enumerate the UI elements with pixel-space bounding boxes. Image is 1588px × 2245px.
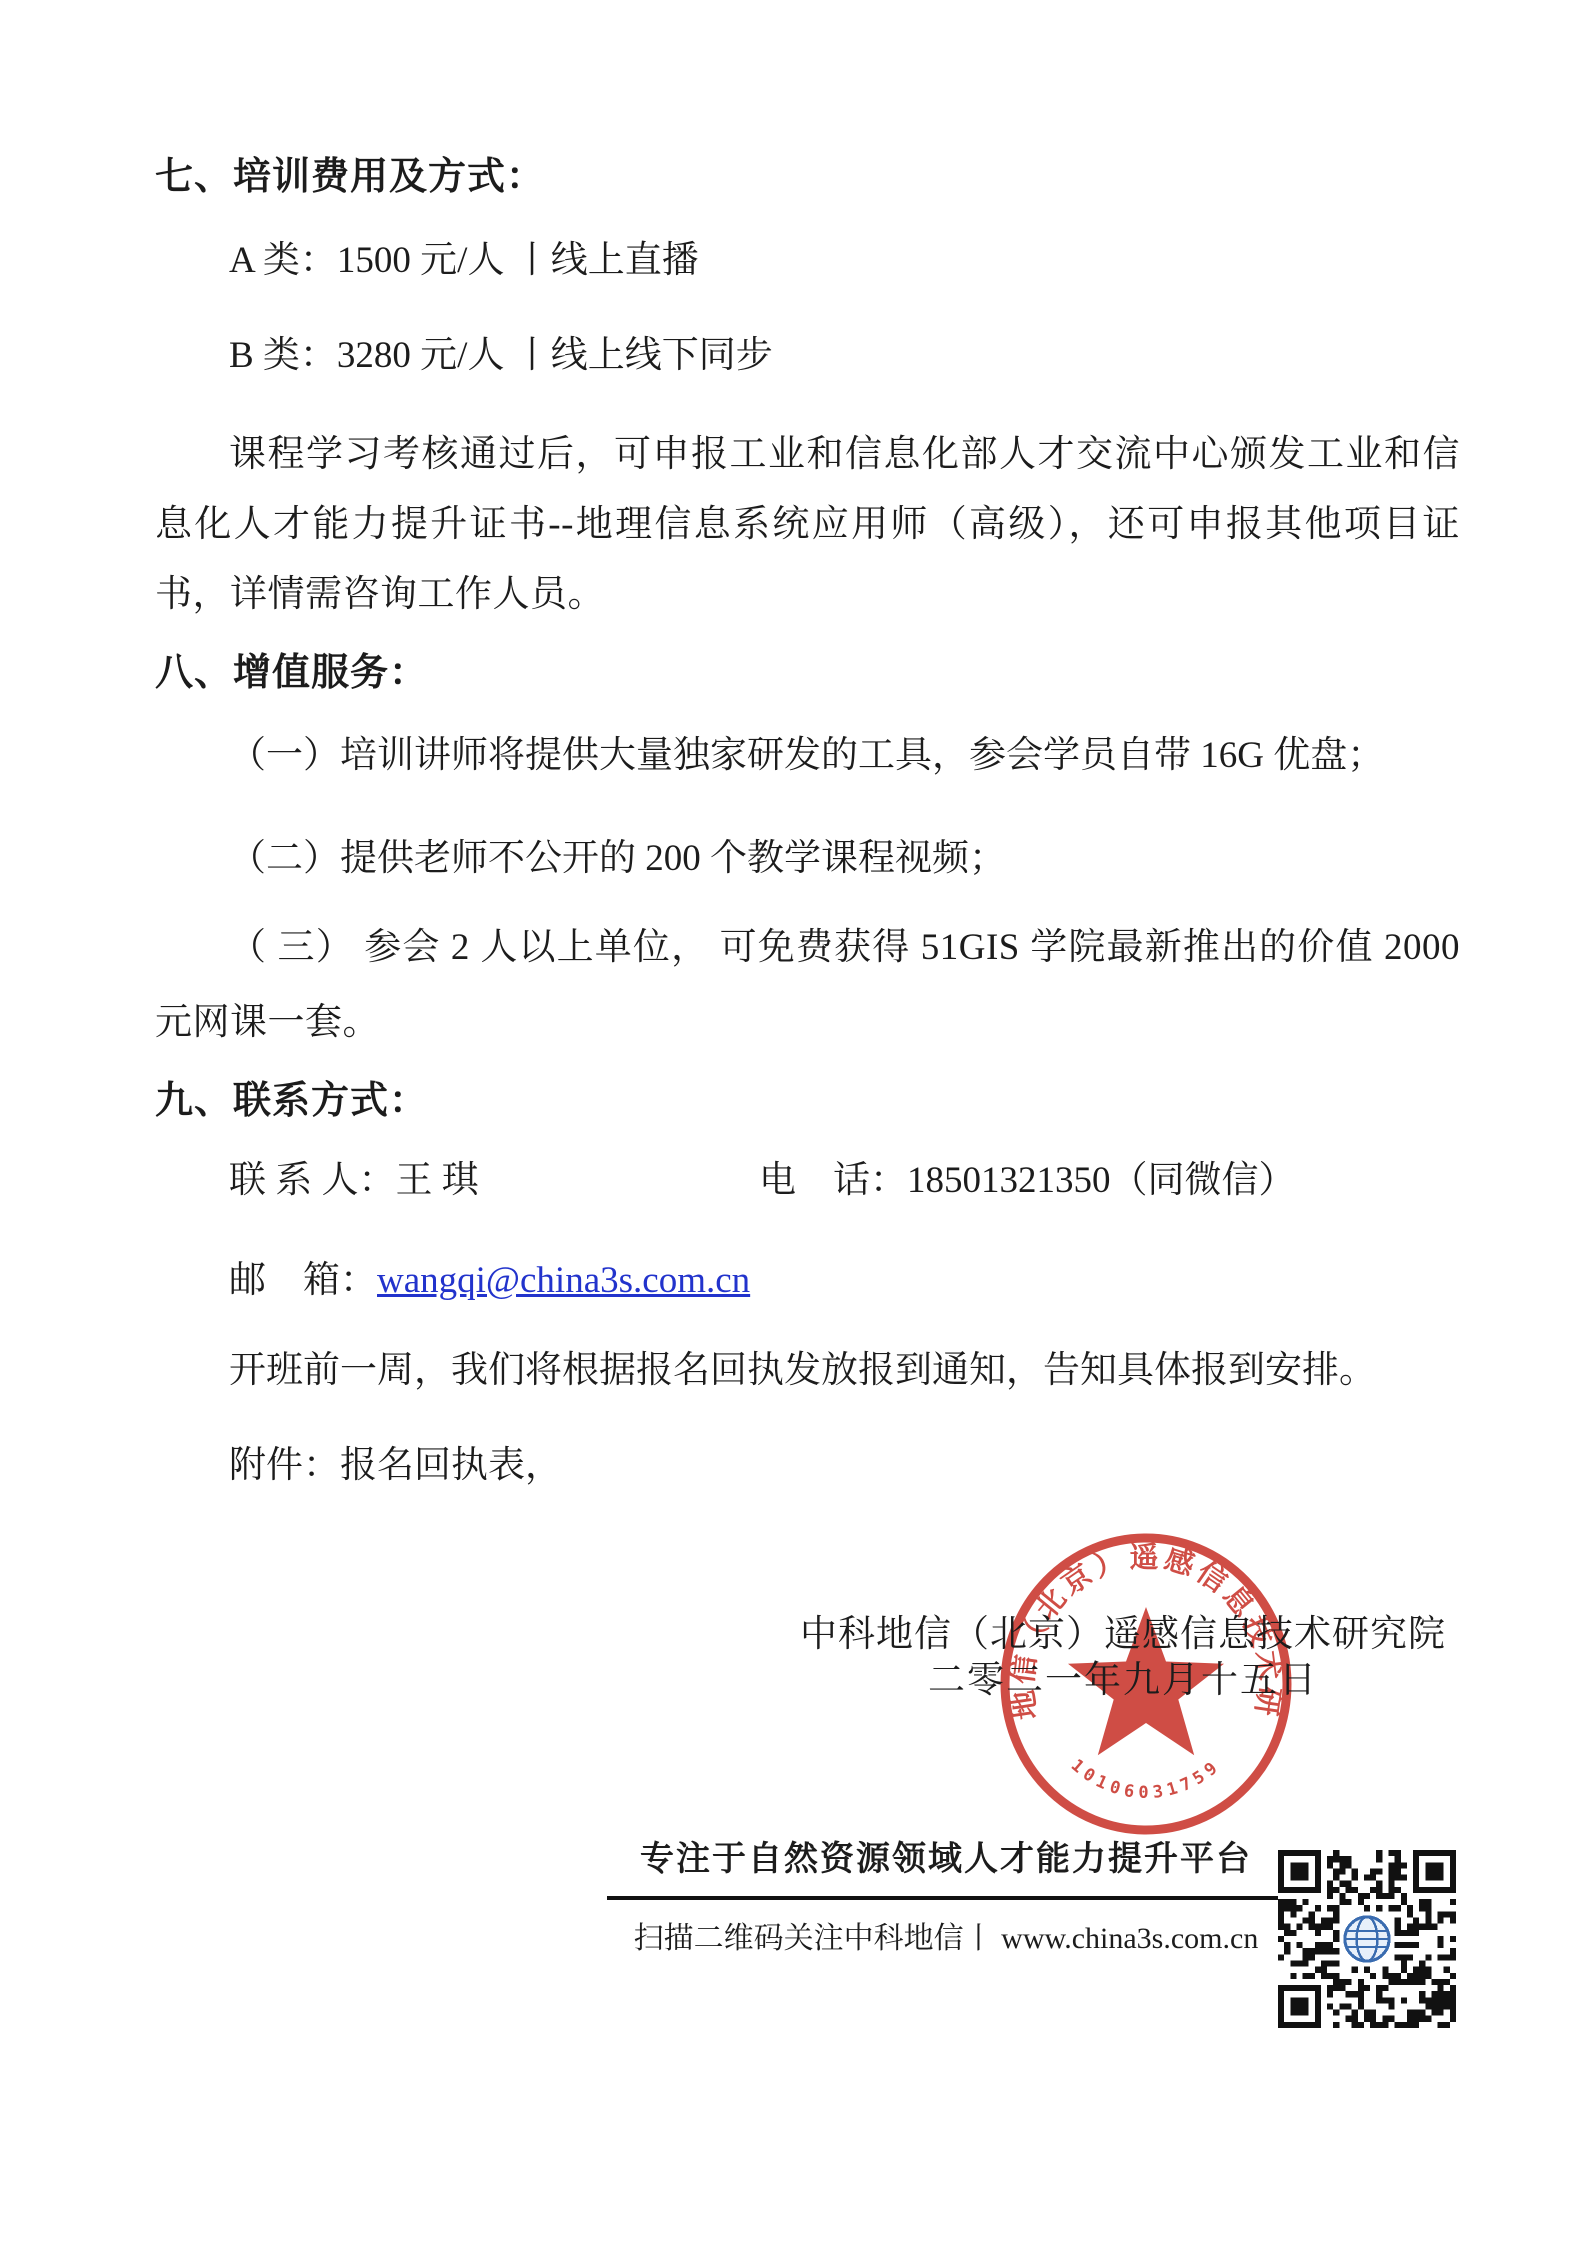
service-item-1: （一）培训讲师将提供大量独家研发的工具，参会学员自带 16G 优盘；	[155, 734, 1460, 778]
contact-row: 联 系 人：王 琪电 话：18501321350（同微信）	[155, 1159, 1460, 1203]
footer-line: 扫描二维码关注中科地信丨 www.china3s.com.cn	[607, 1918, 1285, 1960]
footer-tagline: 专注于自然资源领域人才能力提升平台	[607, 1840, 1285, 1880]
contact-phone: 电 话：18501321350（同微信）	[759, 1160, 1296, 1201]
section-8-heading: 八、增值服务：	[155, 651, 1460, 695]
organization-name: 中科地信（北京）遥感信息技术研究院	[800, 1612, 1446, 1658]
section-7-heading: 七、培训费用及方式：	[155, 155, 1460, 199]
footer-divider	[607, 1896, 1285, 1900]
footer: 专注于自然资源领域人才能力提升平台 扫描二维码关注中科地信丨 www.china…	[607, 1840, 1285, 1960]
certificate-paragraph: 课程学习考核通过后，可申报工业和信息化部人才交流中心颁发工业和信息化人才能力提升…	[155, 420, 1460, 630]
email-label: 邮 箱：	[229, 1260, 377, 1301]
qr-finder-top-right	[1413, 1850, 1456, 1893]
notice-row: 开班前一周，我们将根据报名回执发放报到通知，告知具体报到安排。	[155, 1349, 1460, 1393]
signature-block: 中科地信（北京）遥感信息技术研究院 二零二一年九月十五日	[800, 1612, 1446, 1704]
qr-code	[1278, 1850, 1456, 2028]
globe-icon	[1341, 1913, 1394, 1966]
contact-person: 联 系 人：王 琪	[229, 1159, 759, 1203]
section-9-heading: 九、联系方式：	[155, 1079, 1460, 1123]
service-item-2: （二）提供老师不公开的 200 个教学课程视频；	[155, 837, 1460, 881]
attachment-row: 附件：报名回执表，	[155, 1444, 1460, 1488]
service-item-3: （ 三） 参会 2 人以上单位， 可免费获得 51GIS 学院最新推出的价值 2…	[155, 910, 1460, 1060]
fee-item-a: A 类：1500 元/人 丨线上直播	[155, 239, 1460, 283]
document-body: 七、培训费用及方式： A 类：1500 元/人 丨线上直播 B 类：3280 元…	[155, 155, 1460, 1488]
fee-item-b: B 类：3280 元/人 丨线上线下同步	[155, 334, 1460, 378]
email-row: 邮 箱：wangqi@china3s.com.cn	[155, 1259, 1460, 1303]
qr-finder-bottom-left	[1278, 1985, 1321, 2028]
email-link[interactable]: wangqi@china3s.com.cn	[377, 1260, 750, 1301]
document-page: 七、培训费用及方式： A 类：1500 元/人 丨线上直播 B 类：3280 元…	[0, 0, 1588, 2245]
signature-date: 二零二一年九月十五日	[800, 1658, 1446, 1704]
qr-finder-top-left	[1278, 1850, 1321, 1893]
